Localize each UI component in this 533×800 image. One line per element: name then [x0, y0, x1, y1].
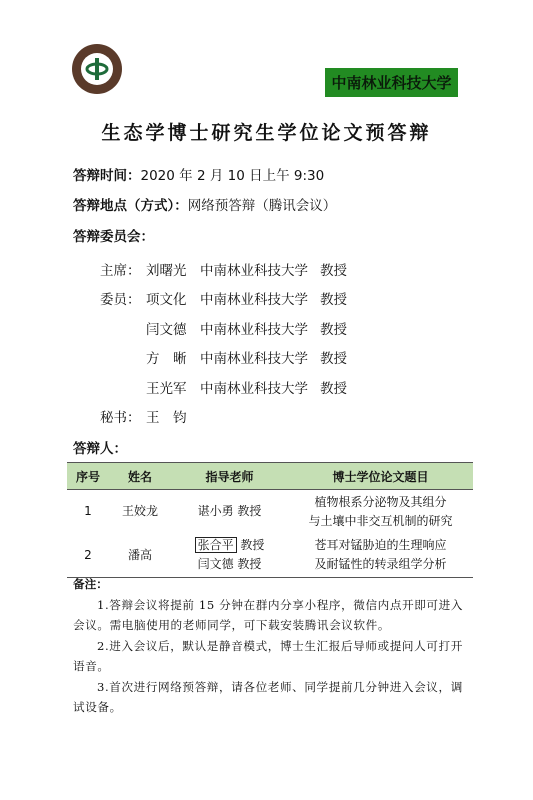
- defense-place: 答辩地点（方式）：网络预答辩（腾讯会议）: [73, 194, 336, 214]
- committee-member: 主席： 刘曙光 中南林业科技大学 教授: [100, 254, 347, 284]
- committee-label: 答辩委员会：: [73, 229, 154, 245]
- document-title: 生态学博士研究生学位论文预答辩: [0, 118, 533, 145]
- defense-time: 答辩时间：2020 年 2 月 10 日上午 9:30: [73, 164, 324, 184]
- university-name-badge: 中南林业科技大学: [325, 68, 458, 97]
- member-name: 刘曙光: [146, 259, 200, 279]
- thesis-title-line: 与土壤中非交互机制的研究: [289, 512, 472, 531]
- member-org: 中南林业科技大学: [200, 377, 320, 397]
- col-name: 姓名: [109, 463, 171, 490]
- member-role: 秘书：: [100, 406, 146, 426]
- place-label: 答辩地点（方式）：: [73, 198, 188, 214]
- seal-emblem-icon: [81, 53, 113, 85]
- candidates-table: 序号 姓名 指导老师 博士学位论文题目 1 王姣龙 谌小勇 教授 植物根系分泌物…: [67, 462, 473, 578]
- thesis-title-line: 及耐锰性的转录组学分析: [289, 555, 472, 574]
- advisor-line: 闫文德 教授: [172, 555, 287, 574]
- member-name: 王 钧: [146, 406, 200, 426]
- candidates-label: 答辩人：: [73, 441, 127, 457]
- cell-no: 2: [67, 534, 109, 578]
- committee-list: 主席： 刘曙光 中南林业科技大学 教授 委员： 项文化 中南林业科技大学 教授 …: [100, 254, 347, 431]
- member-title: 教授: [320, 288, 347, 308]
- table-header-row: 序号 姓名 指导老师 博士学位论文题目: [67, 463, 473, 490]
- committee-member: 委员： 项文化 中南林业科技大学 教授: [100, 284, 347, 314]
- col-advisor: 指导老师: [171, 463, 288, 490]
- time-label: 答辩时间：: [73, 168, 141, 184]
- advisor-line: 张合平 教授: [172, 536, 287, 555]
- member-name: 方 晰: [146, 347, 200, 367]
- committee-secretary: 秘书： 王 钧: [100, 402, 347, 432]
- cell-advisor: 谌小勇 教授: [171, 490, 288, 534]
- committee-member: 方 晰 中南林业科技大学 教授: [100, 343, 347, 373]
- member-name: 闫文德: [146, 318, 200, 338]
- member-title: 教授: [320, 318, 347, 338]
- note-item: 3.首次进行网络预答辩，请各位老师、同学提前几分钟进入会议，调试设备。: [73, 677, 470, 718]
- candidates-heading: 答辩人：: [73, 437, 127, 457]
- committee-heading: 答辩委员会：: [73, 225, 154, 245]
- table-row: 1 王姣龙 谌小勇 教授 植物根系分泌物及其组分 与土壤中非交互机制的研究: [67, 490, 473, 534]
- member-org: 中南林业科技大学: [200, 347, 320, 367]
- cell-advisor: 张合平 教授 闫文德 教授: [171, 534, 288, 578]
- member-title: 教授: [320, 259, 347, 279]
- committee-member: 闫文德 中南林业科技大学 教授: [100, 313, 347, 343]
- time-value: 2020 年 2 月 10 日上午 9:30: [141, 168, 325, 184]
- thesis-title-line: 植物根系分泌物及其组分: [289, 493, 472, 512]
- thesis-title-line: 苍耳对锰胁迫的生理响应: [289, 536, 472, 555]
- col-no: 序号: [67, 463, 109, 490]
- advisor-title: 教授: [237, 538, 265, 552]
- member-org: 中南林业科技大学: [200, 288, 320, 308]
- place-value: 网络预答辩（腾讯会议）: [188, 198, 337, 214]
- advisor-name-boxed: 张合平: [195, 537, 237, 553]
- cell-thesis-title: 苍耳对锰胁迫的生理响应 及耐锰性的转录组学分析: [288, 534, 473, 578]
- cell-name: 潘高: [109, 534, 171, 578]
- member-org: 中南林业科技大学: [200, 259, 320, 279]
- university-seal-logo: [72, 44, 122, 94]
- member-title: 教授: [320, 347, 347, 367]
- table-row: 2 潘高 张合平 教授 闫文德 教授 苍耳对锰胁迫的生理响应 及耐锰性的转录组学…: [67, 534, 473, 578]
- col-thesis-title: 博士学位论文题目: [288, 463, 473, 490]
- note-item: 2.进入会议后，默认是静音模式，博士生汇报后导师或提问人可打开语音。: [73, 636, 470, 677]
- member-role: 主席：: [100, 259, 146, 279]
- member-name: 王光军: [146, 377, 200, 397]
- member-name: 项文化: [146, 288, 200, 308]
- cell-thesis-title: 植物根系分泌物及其组分 与土壤中非交互机制的研究: [288, 490, 473, 534]
- member-title: 教授: [320, 377, 347, 397]
- member-role: 委员：: [100, 288, 146, 308]
- notes-label: 备注：: [73, 574, 470, 595]
- cell-name: 王姣龙: [109, 490, 171, 534]
- notes-section: 备注： 1.答辩会议将提前 15 分钟在群内分享小程序，微信内点开即可进入会议。…: [73, 574, 470, 718]
- committee-member: 王光军 中南林业科技大学 教授: [100, 372, 347, 402]
- note-item: 1.答辩会议将提前 15 分钟在群内分享小程序，微信内点开即可进入会议。需电脑使…: [73, 595, 470, 636]
- cell-no: 1: [67, 490, 109, 534]
- member-org: 中南林业科技大学: [200, 318, 320, 338]
